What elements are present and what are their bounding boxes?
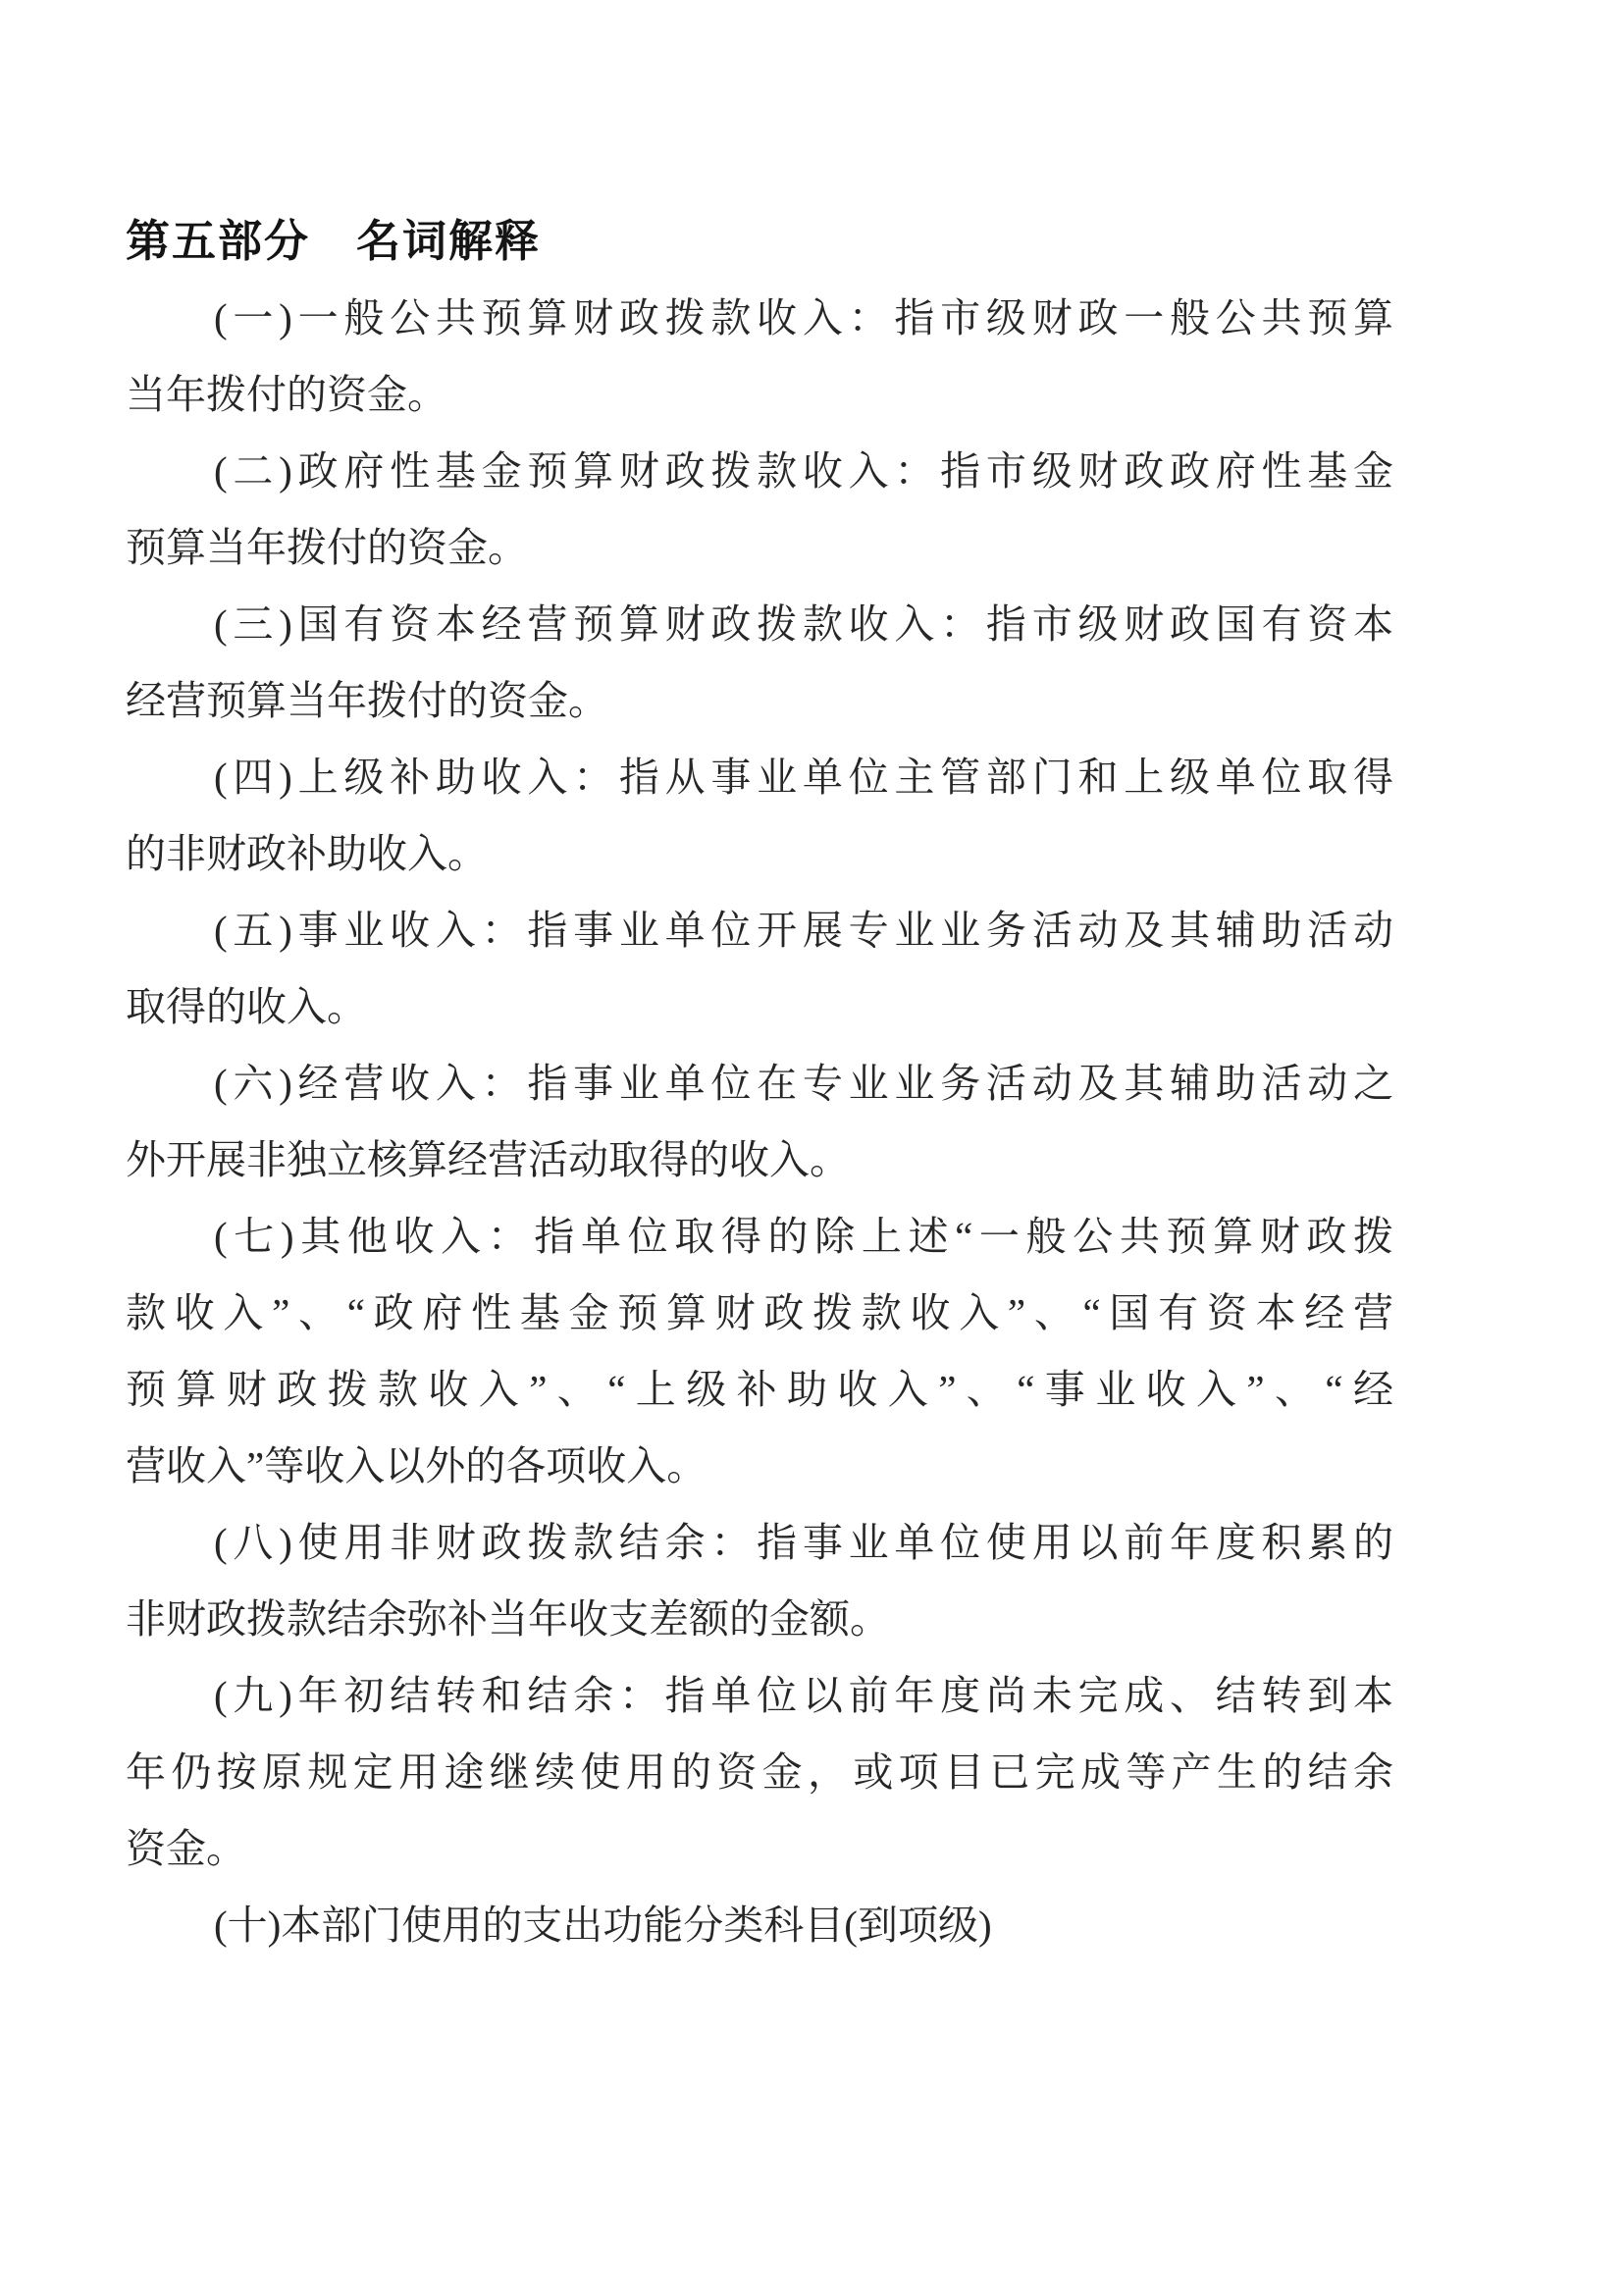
document-line: (四)上级补助收入：指从事业单位主管部门和上级单位取得 bbox=[126, 739, 1393, 815]
document-line: 非财政拨款结余弥补当年收支差额的金额。 bbox=[126, 1581, 1393, 1657]
document-line: 的非财政补助收入。 bbox=[126, 815, 1393, 892]
document-line: 预算财政拨款收入”、“上级补助收入”、“事业收入”、“经 bbox=[126, 1351, 1393, 1428]
document-line: 资金。 bbox=[126, 1810, 1393, 1887]
document-line: 预算当年拨付的资金。 bbox=[126, 509, 1393, 586]
document-line: 款收入”、“政府性基金预算财政拨款收入”、“国有资本经营 bbox=[126, 1275, 1393, 1351]
document-line: 年仍按原规定用途继续使用的资金，或项目已完成等产生的结余 bbox=[126, 1734, 1393, 1810]
document-line: (五)事业收入：指事业单位开展专业业务活动及其辅助活动 bbox=[126, 892, 1393, 968]
document-page: 第五部分 名词解释 (一)一般公共预算财政拨款收入：指市级财政一般公共预算 当年… bbox=[0, 0, 1624, 2295]
document-line: (六)经营收入：指事业单位在专业业务活动及其辅助活动之 bbox=[126, 1045, 1393, 1121]
section-title: 第五部分 名词解释 bbox=[126, 203, 1393, 280]
document-line: (八)使用非财政拨款结余：指事业单位使用以前年度积累的 bbox=[126, 1504, 1393, 1581]
document-line: (二)政府性基金预算财政拨款收入：指市级财政政府性基金 bbox=[126, 433, 1393, 509]
document-line: 当年拨付的资金。 bbox=[126, 356, 1393, 433]
document-line: 外开展非独立核算经营活动取得的收入。 bbox=[126, 1121, 1393, 1198]
document-body: 第五部分 名词解释 (一)一般公共预算财政拨款收入：指市级财政一般公共预算 当年… bbox=[126, 203, 1393, 1963]
document-line: (九)年初结转和结余：指单位以前年度尚未完成、结转到本 bbox=[126, 1657, 1393, 1734]
document-line: (十)本部门使用的支出功能分类科目(到项级) bbox=[126, 1887, 1393, 1963]
document-line: (一)一般公共预算财政拨款收入：指市级财政一般公共预算 bbox=[126, 280, 1393, 356]
document-line: 营收入”等收入以外的各项收入。 bbox=[126, 1428, 1393, 1504]
document-line: 取得的收入。 bbox=[126, 968, 1393, 1045]
document-line: (三)国有资本经营预算财政拨款收入：指市级财政国有资本 bbox=[126, 586, 1393, 662]
document-line: (七)其他收入：指单位取得的除上述“一般公共预算财政拨 bbox=[126, 1198, 1393, 1275]
document-line: 经营预算当年拨付的资金。 bbox=[126, 662, 1393, 739]
